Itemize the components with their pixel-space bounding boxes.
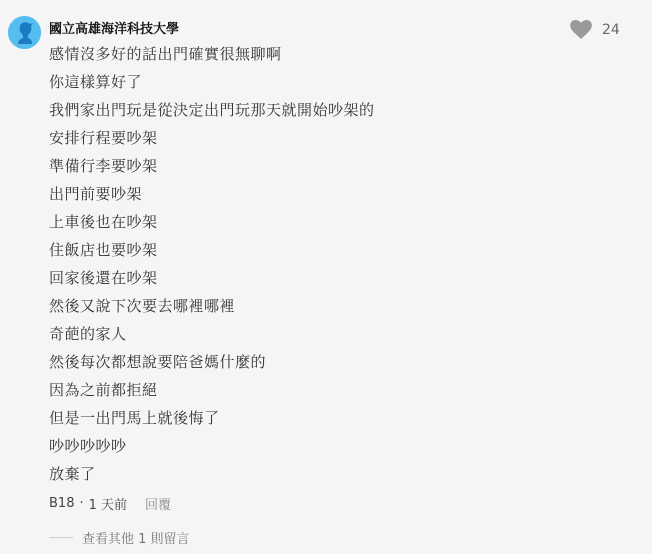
comment-line: 然後又說下次要去哪裡哪裡 bbox=[49, 294, 375, 322]
comment-line: 準備行李要吵架 bbox=[49, 154, 375, 182]
meta-separator: · bbox=[79, 496, 83, 511]
comment-meta: B18 · 1 天前 回覆 bbox=[49, 494, 171, 513]
timestamp: 1 天前 bbox=[89, 494, 127, 513]
comment-line: 因為之前都拒絕 bbox=[49, 378, 375, 406]
comment-line: 奇葩的家人 bbox=[49, 322, 375, 350]
user-silhouette-icon bbox=[8, 16, 41, 49]
comment-line: 出門前要吵架 bbox=[49, 182, 375, 210]
comment-line: 我們家出門玩是從決定出門玩那天就開始吵架的 bbox=[49, 98, 375, 126]
view-more-replies-label: 查看其他 1 則留言 bbox=[82, 528, 190, 547]
comment-body: 感情沒多好的話出門確實很無聊啊 你這樣算好了 我們家出門玩是從決定出門玩那天就開… bbox=[49, 42, 375, 490]
comment-line: 回家後還在吵架 bbox=[49, 266, 375, 294]
comment-line: 感情沒多好的話出門確實很無聊啊 bbox=[49, 42, 375, 70]
author-name[interactable]: 國立高雄海洋科技大學 bbox=[49, 18, 179, 37]
comment-line: 吵吵吵吵吵 bbox=[49, 434, 375, 462]
heart-icon bbox=[570, 20, 592, 39]
avatar[interactable] bbox=[8, 16, 41, 49]
divider bbox=[49, 537, 73, 538]
comment-line: 安排行程要吵架 bbox=[49, 126, 375, 154]
floor-number: B18 bbox=[49, 496, 74, 511]
comment-line: 然後每次都想說要陪爸媽什麼的 bbox=[49, 350, 375, 378]
comment: 國立高雄海洋科技大學 24 感情沒多好的話出門確實很無聊啊 你這樣算好了 我們家… bbox=[0, 0, 652, 554]
comment-line: 你這樣算好了 bbox=[49, 70, 375, 98]
comment-line: 住飯店也要吵架 bbox=[49, 238, 375, 266]
comment-line: 上車後也在吵架 bbox=[49, 210, 375, 238]
comment-line: 但是一出門馬上就後悔了 bbox=[49, 406, 375, 434]
like-count: 24 bbox=[602, 22, 620, 38]
reply-button[interactable]: 回覆 bbox=[145, 494, 171, 513]
like-button[interactable]: 24 bbox=[570, 20, 620, 39]
comment-line: 放棄了 bbox=[49, 462, 375, 490]
view-more-replies-button[interactable]: 查看其他 1 則留言 bbox=[49, 528, 190, 547]
